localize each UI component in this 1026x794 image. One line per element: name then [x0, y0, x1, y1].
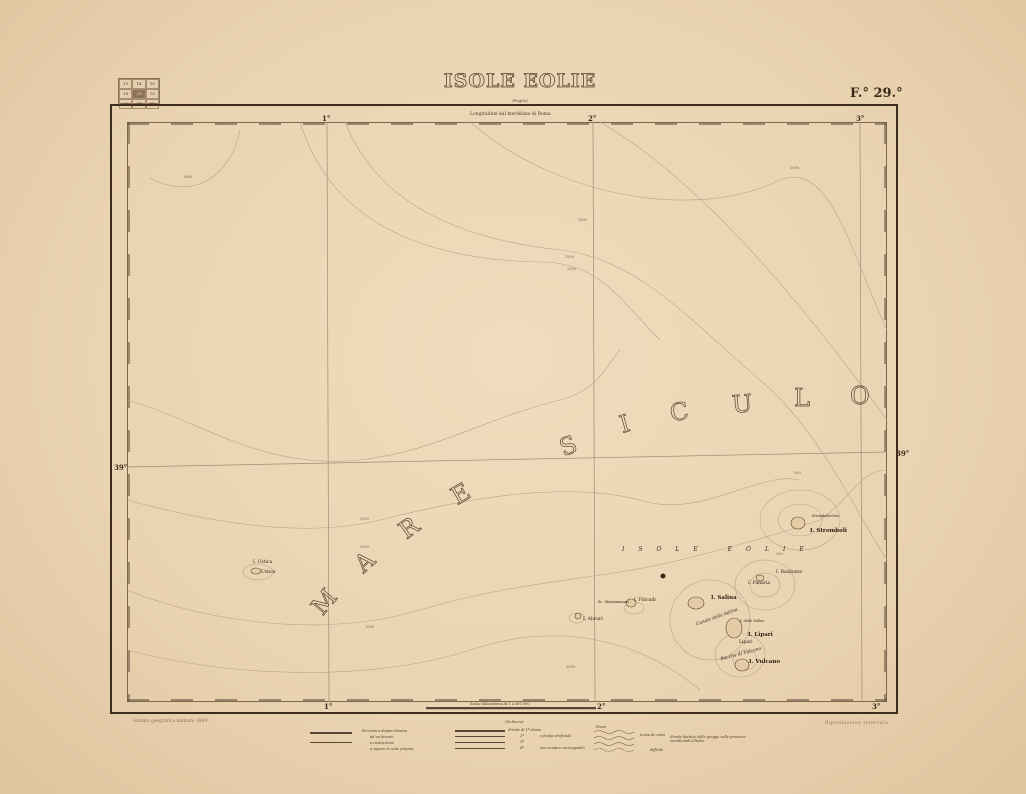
- legend-item: difficile: [650, 748, 663, 752]
- legend-item: Linea di costa: [640, 733, 665, 737]
- legend-item: Fiumi: [596, 725, 606, 729]
- legend-item: Strade battute dalle gregge nelle provin…: [670, 735, 750, 743]
- legend-wavy-symbols: [0, 0, 1026, 794]
